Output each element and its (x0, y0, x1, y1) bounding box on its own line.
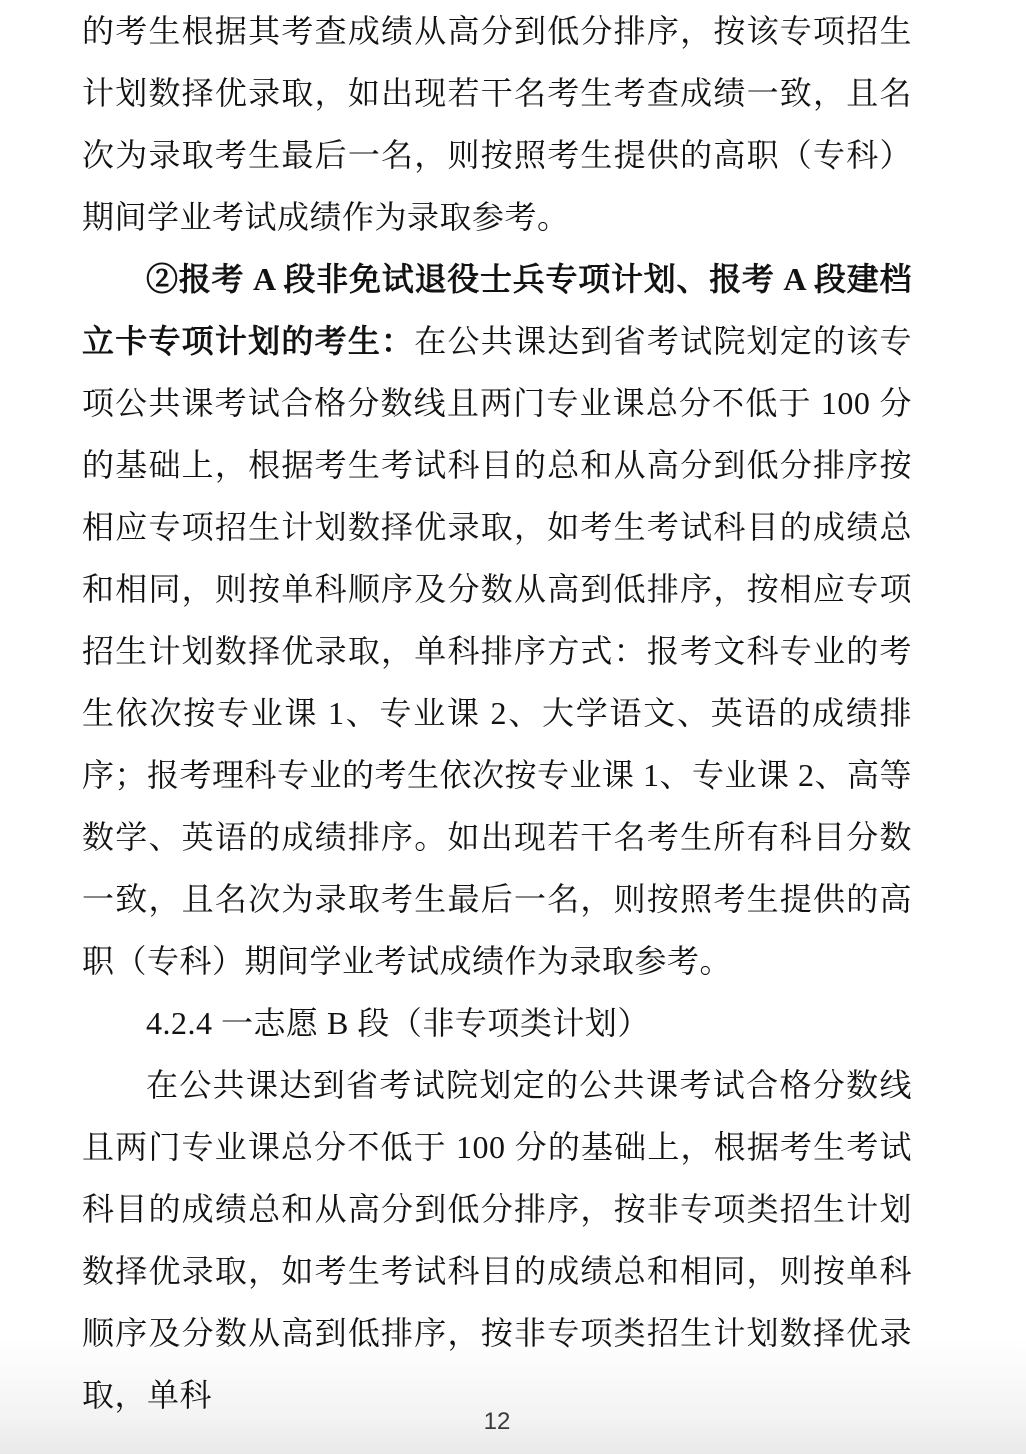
page-number: 12 (484, 1408, 511, 1435)
text-run: 4.2.4 一志愿 B 段（非专项类计划） (146, 1005, 650, 1041)
section-heading: 4.2.4 一志愿 B 段（非专项类计划） (82, 992, 912, 1054)
text-run: 在公共课达到省考试院划定的该专项公共课考试合格分数线且两门专业课总分不低于 10… (82, 323, 912, 979)
document-page: 的考生根据其考查成绩从高分到低分排序，按该专项招生计划数择优录取，如出现若干名考… (0, 0, 1026, 1454)
text-run: 的考生根据其考查成绩从高分到低分排序，按该专项招生计划数择优录取，如出现若干名考… (82, 13, 912, 235)
paragraph: ②报考 A 段非免试退役士兵专项计划、报考 A 段建档立卡专项计划的考生：在公共… (82, 248, 912, 992)
paragraph: 的考生根据其考查成绩从高分到低分排序，按该专项招生计划数择优录取，如出现若干名考… (82, 0, 912, 248)
page-footer: 12 (82, 1404, 912, 1440)
text-run: 在公共课达到省考试院划定的公共课考试合格分数线且两门专业课总分不低于 100 分… (82, 1067, 912, 1413)
document-body: 的考生根据其考查成绩从高分到低分排序，按该专项招生计划数择优录取，如出现若干名考… (82, 0, 912, 1426)
paragraph: 在公共课达到省考试院划定的公共课考试合格分数线且两门专业课总分不低于 100 分… (82, 1054, 912, 1426)
